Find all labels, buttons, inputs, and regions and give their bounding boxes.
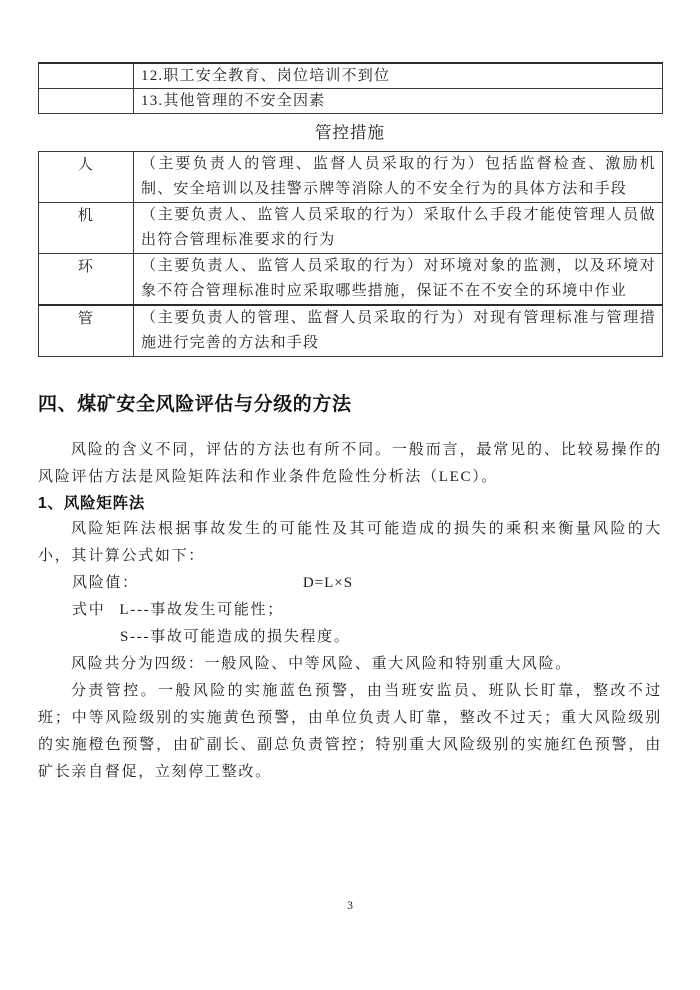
where-line-l: 式中L---事故发生可能性； [38,597,662,624]
factors-row-label [39,89,134,114]
where-l-text: L---事故发生可能性； [119,602,284,618]
formula-label: 风险值： [72,575,139,591]
control-row-management: 管 （主要负责人的管理、监督人员采取的行为）对现有管理标准与管理措施进行完善的方… [39,305,663,357]
where-s-text: S---事故可能造成的损失程度。 [120,629,351,645]
risk-levels-paragraph: 风险共分为四级：一般风险、中等风险、重大风险和特别重大风险。 [38,651,662,678]
subsection-heading: 1、风险矩阵法 [38,491,662,516]
control-row-text: （主要负责人、监管人员采取的行为）采取什么手段才能使管理人员做出符合管理标准要求… [134,203,663,254]
control-row-label: 环 [39,254,134,306]
control-row-person: 人 （主要负责人的管理、监督人员采取的行为）包括监督检查、激励机制、安全培训以及… [39,152,663,203]
formula-line: 风险值：D=L×S [38,570,662,597]
control-row-label: 机 [39,203,134,254]
section-intro-paragraph: 风险的含义不同，评估的方法也有所不同。一般而言，最常见的、比较易操作的风险评估方… [38,437,662,491]
risk-matrix-paragraph: 风险矩阵法根据事故发生的可能性及其可能造成的损失的乘积来衡量风险的大小，其计算公… [38,516,662,570]
control-row-environment: 环 （主要负责人、监管人员采取的行为）对环境对象的监测，以及环境对象不符合管理标… [39,254,663,306]
page-number: 3 [0,898,700,913]
control-row-text: （主要负责人的管理、监督人员采取的行为）对现有管理标准与管理措施进行完善的方法和… [134,305,663,357]
formula-expression: D=L×S [303,570,353,597]
factors-table: 12.职工安全教育、岗位培训不到位 13.其他管理的不安全因素 [38,62,663,114]
factors-row-label [39,63,134,89]
control-row-label: 管 [39,305,134,357]
control-measures-heading: 管控措施 [0,119,700,143]
control-row-label: 人 [39,152,134,203]
factors-row: 13.其他管理的不安全因素 [39,89,663,114]
control-row-text: （主要负责人、监管人员采取的行为）对环境对象的监测，以及环境对象不符合管理标准时… [134,254,663,306]
control-measures-table: 人 （主要负责人的管理、监督人员采取的行为）包括监督检查、激励机制、安全培训以及… [38,151,663,357]
where-line-s: S---事故可能造成的损失程度。 [38,624,662,651]
graded-control-paragraph: 分责管控。一般风险的实施蓝色预警，由当班安监员、班队长盯靠，整改不过班；中等风险… [38,678,662,786]
factors-row-text: 12.职工安全教育、岗位培训不到位 [134,63,663,89]
section-heading: 四、煤矿安全风险评估与分级的方法 [38,393,662,417]
factors-row-text: 13.其他管理的不安全因素 [134,89,663,114]
factors-row: 12.职工安全教育、岗位培训不到位 [39,63,663,89]
where-label: 式中 [72,597,105,624]
control-row-machine: 机 （主要负责人、监管人员采取的行为）采取什么手段才能使管理人员做出符合管理标准… [39,203,663,254]
document-page: 12.职工安全教育、岗位培训不到位 13.其他管理的不安全因素 管控措施 人 （… [0,0,700,990]
control-row-text: （主要负责人的管理、监督人员采取的行为）包括监督检查、激励机制、安全培训以及挂警… [134,152,663,203]
